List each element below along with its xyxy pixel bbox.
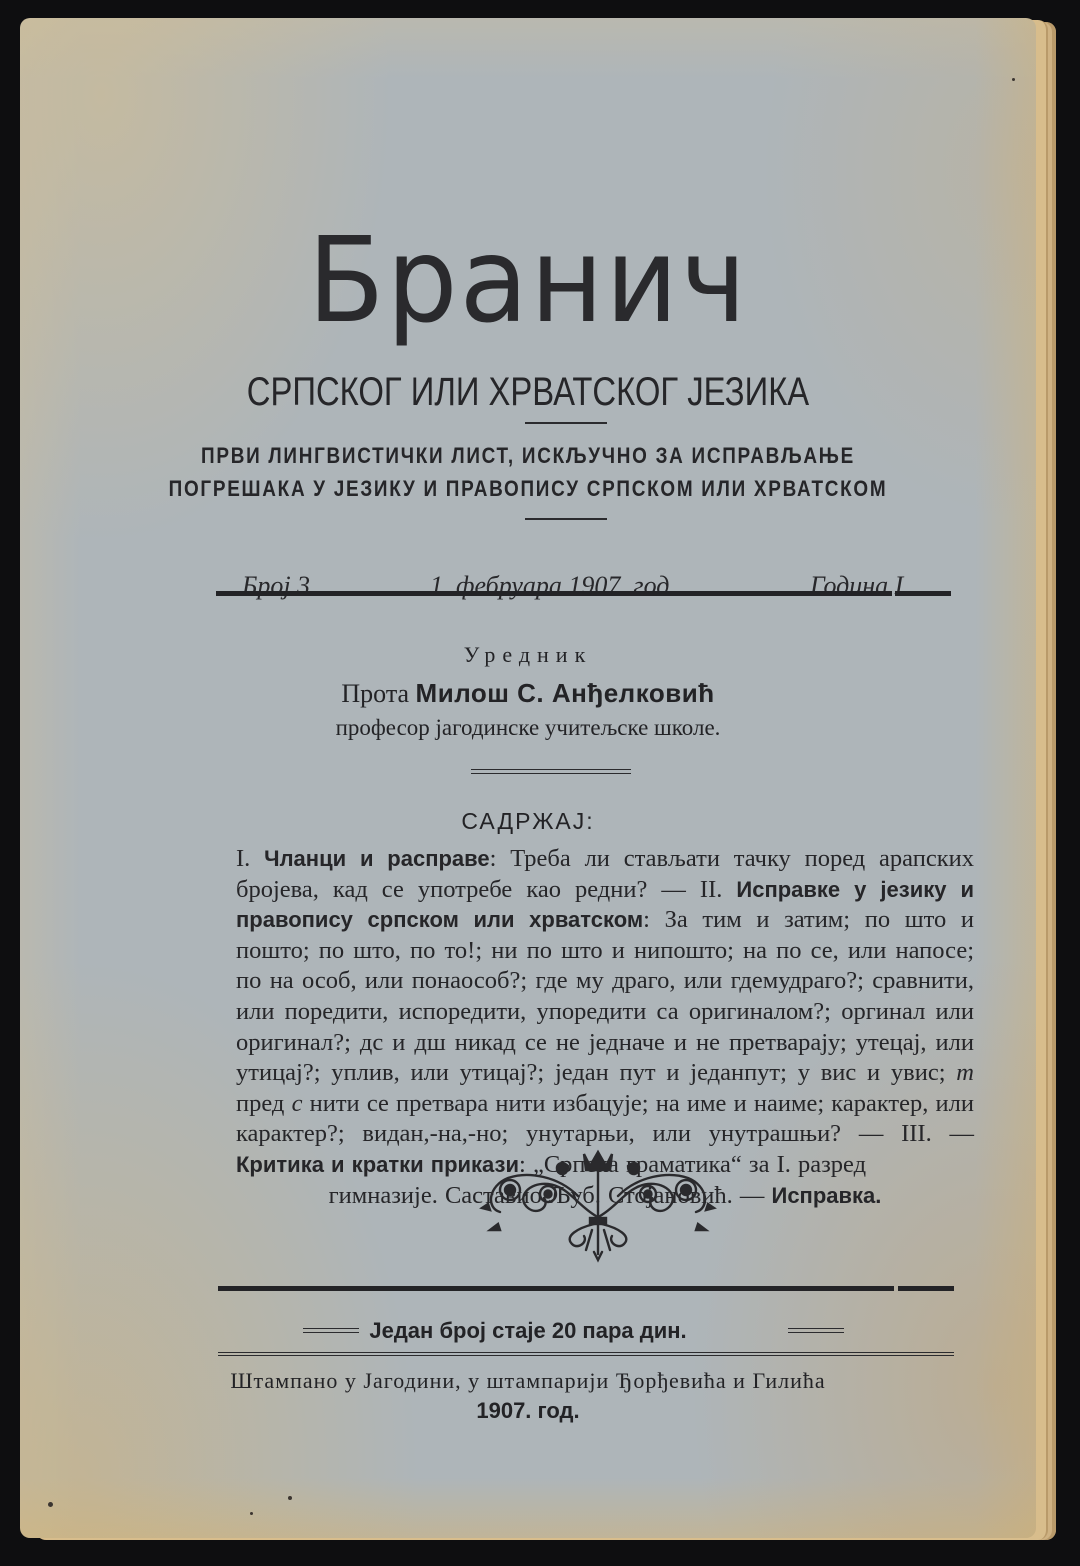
section-2-mid: пред — [236, 1090, 284, 1117]
editor-line: Прота Милош С. Анђелковић — [20, 678, 1036, 709]
section-2-text-a: : За тим и затим; по што и пошто; по што… — [236, 906, 974, 1086]
price-line: Један број стаје 20 пара дин. — [20, 1318, 1036, 1344]
price-side-rule-right — [788, 1328, 844, 1333]
issue-date: 1. фебруара 1907. год. — [430, 571, 676, 601]
contents-title: САДРЖАЈ: — [20, 808, 1036, 835]
letter-t: т — [956, 1059, 974, 1086]
section-2-text-b: нити се претвара нити избацује; на име и… — [236, 1090, 974, 1148]
letter-s: с — [292, 1090, 303, 1117]
floral-crown-ornament-icon — [468, 1146, 728, 1266]
editor-prefix: Прота — [341, 679, 409, 708]
masthead-title: Бранич — [20, 213, 1036, 350]
section-1-number: I. — [236, 845, 250, 872]
section-3-last-bold: Исправка. — [772, 1183, 882, 1208]
tagline-line-1: ПРВИ ЛИНГВИСТИЧКИ ЛИСТ, ИСКЉУЧНО ЗА ИСПР… — [91, 443, 965, 469]
paper-speck — [250, 1512, 253, 1515]
printer-year: 1907. год. — [20, 1398, 1036, 1424]
divider — [525, 422, 607, 424]
paper-speck — [1012, 78, 1015, 81]
divider — [525, 518, 607, 520]
issue-rule-end — [895, 591, 951, 596]
double-divider — [471, 769, 631, 774]
masthead-subtitle: СРПСКОГ ИЛИ ХРВАТСКОГ ЈЕЗИКА — [111, 370, 944, 415]
issue-rule — [216, 591, 892, 596]
footer-rule-end — [898, 1286, 954, 1291]
editor-name: Милош С. Анђелковић — [416, 678, 715, 708]
journal-cover-page: Бранич СРПСКОГ ИЛИ ХРВАТСКОГ ЈЕЗИКА ПРВИ… — [20, 18, 1036, 1538]
section-1-title: Чланци и расправе — [264, 846, 490, 871]
tagline-line-2: ПОГРЕШАКА У ЈЕЗИКУ И ПРАВОПИСУ СРПСКОМ И… — [91, 476, 965, 502]
issue-year: Година I. — [810, 571, 910, 601]
issue-number: Број 3. — [242, 571, 317, 601]
paper-speck — [48, 1502, 53, 1507]
printer-line: Штампано у Јагодини, у штампарији Ђорђев… — [20, 1368, 1036, 1394]
editor-label: Уредник — [20, 642, 1036, 668]
paper-speck — [288, 1496, 292, 1500]
footer-rule — [218, 1286, 894, 1291]
editor-role: професор јагодинске учитељске школе. — [20, 715, 1036, 741]
footer-double-rule — [218, 1352, 954, 1356]
